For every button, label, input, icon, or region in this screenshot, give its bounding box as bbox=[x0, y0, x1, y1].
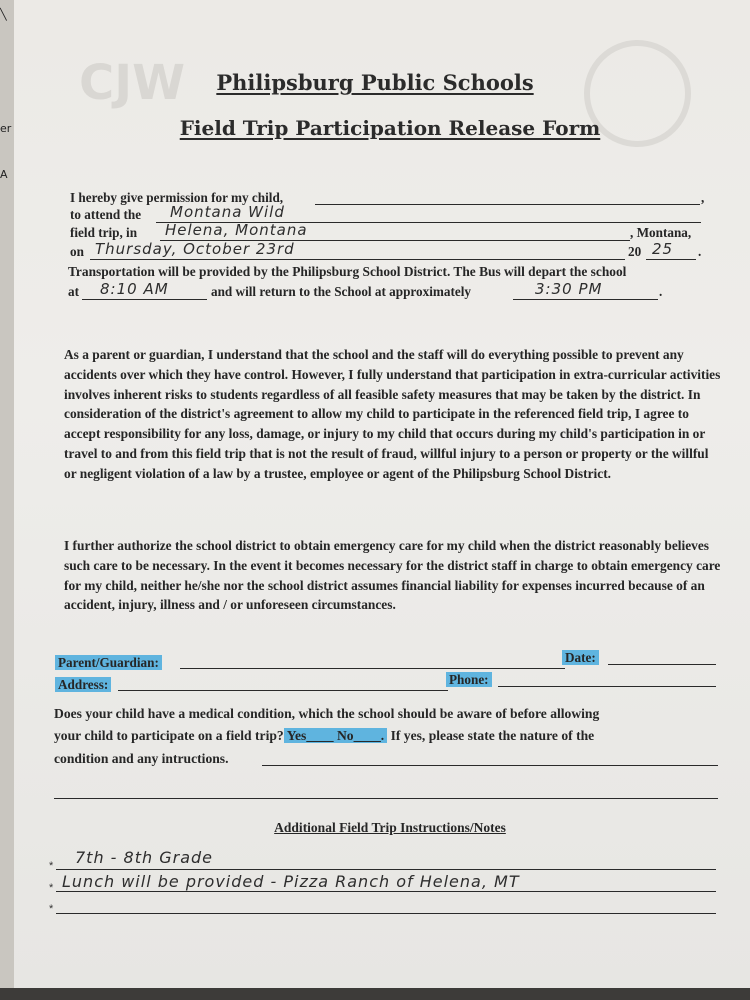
location-label: field trip, in bbox=[70, 225, 137, 241]
address-label: Address: bbox=[55, 677, 111, 693]
on-label: on bbox=[70, 244, 84, 260]
return-field[interactable] bbox=[513, 299, 658, 300]
year-value: 25 bbox=[652, 240, 673, 258]
form-title: Field Trip Participation Release Form bbox=[0, 116, 750, 140]
note-field-3[interactable] bbox=[56, 913, 716, 914]
school-name: Philipsburg Public Schools bbox=[0, 70, 750, 95]
guardian-field[interactable] bbox=[180, 668, 565, 669]
date-field[interactable] bbox=[90, 259, 625, 260]
depart-label: at bbox=[68, 284, 79, 300]
note-value-2: Lunch will be provided - Pizza Ranch of … bbox=[62, 872, 520, 891]
attend-value: Montana Wild bbox=[170, 203, 285, 221]
attend-label: to attend the bbox=[70, 207, 141, 223]
note-field-1[interactable] bbox=[56, 869, 716, 870]
bullet: * bbox=[49, 903, 53, 915]
medical-question-line1: Does your child have a medical condition… bbox=[54, 706, 599, 722]
depart-field[interactable] bbox=[82, 299, 207, 300]
year-prefix: 20 bbox=[628, 244, 641, 260]
year-field[interactable] bbox=[646, 259, 696, 260]
location-value: Helena, Montana bbox=[165, 221, 308, 239]
bullet: * bbox=[49, 882, 53, 894]
background-sketch: ╲ bbox=[0, 8, 7, 21]
emergency-paragraph: I further authorize the school district … bbox=[64, 536, 724, 615]
phone-label: Phone: bbox=[446, 672, 492, 688]
phone-field[interactable] bbox=[498, 686, 716, 687]
medical-question-line2: your child to participate on a field tri… bbox=[54, 728, 594, 744]
date-value: Thursday, October 23rd bbox=[95, 240, 295, 258]
background-sketch: A bbox=[0, 168, 8, 181]
yes-option[interactable]: Yes____ bbox=[287, 728, 334, 743]
period: . bbox=[659, 284, 662, 300]
guardian-label: Parent/Guardian: bbox=[55, 655, 162, 671]
note-field-2[interactable] bbox=[56, 891, 716, 892]
signature-date-field[interactable] bbox=[608, 664, 716, 665]
form-page: CJW bbox=[14, 0, 750, 990]
notes-heading: Additional Field Trip Instructions/Notes bbox=[0, 820, 750, 836]
background-bottom bbox=[0, 988, 750, 1000]
return-label: and will return to the School at approxi… bbox=[211, 284, 471, 300]
liability-paragraph: As a parent or guardian, I understand th… bbox=[64, 345, 724, 484]
note-value-1: 7th - 8th Grade bbox=[75, 848, 213, 867]
no-option[interactable]: No____. bbox=[337, 728, 384, 743]
medical-answer-field-2[interactable] bbox=[54, 798, 718, 799]
date-label: Date: bbox=[562, 650, 599, 666]
return-value: 3:30 PM bbox=[535, 280, 602, 298]
medical-question-line3: condition and any intructions. bbox=[54, 751, 229, 767]
bullet: * bbox=[49, 860, 53, 872]
period: . bbox=[698, 244, 701, 260]
depart-value: 8:10 AM bbox=[100, 280, 169, 298]
state-suffix: , Montana, bbox=[630, 225, 691, 241]
child-name-field[interactable] bbox=[315, 204, 700, 205]
medical-answer-field[interactable] bbox=[262, 765, 718, 766]
transport-text: Transportation will be provided by the P… bbox=[68, 264, 626, 280]
address-field[interactable] bbox=[118, 690, 448, 691]
comma: , bbox=[701, 190, 704, 206]
